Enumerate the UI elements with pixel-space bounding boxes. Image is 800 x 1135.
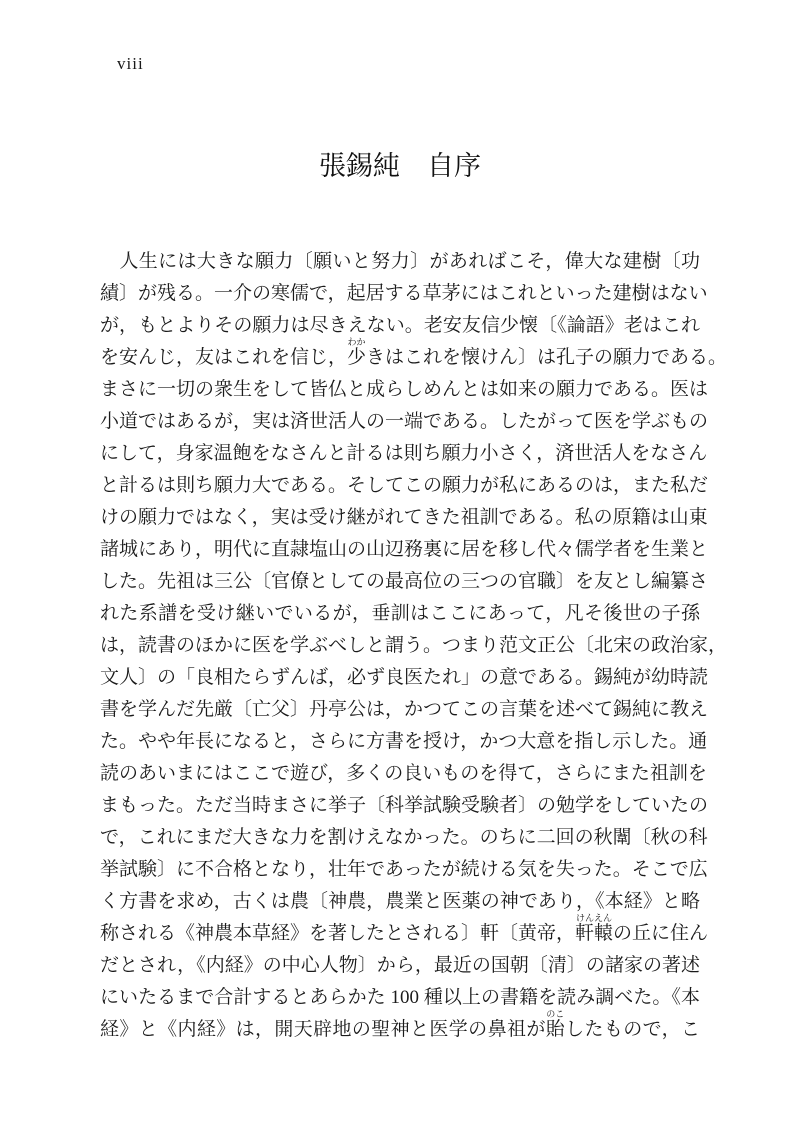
text-line: 挙試験〕に不合格となり，壮年であったが続ける気を失った。そこで広 [100,854,700,886]
body-text: 人生には大きな願力〔願いと努力〕があればこそ，偉大な建樹〔功績〕が残る。一介の寒… [100,246,700,1046]
book-page: viii 張錫純 自序 人生には大きな願力〔願いと努力〕があればこそ，偉大な建樹… [0,0,800,1135]
text-line: 人生には大きな願力〔願いと努力〕があればこそ，偉大な建樹〔功 [100,246,700,278]
text-line: にして，身家温飽をなさんと計るは則ち願力小さく，済世活人をなさん [100,438,700,470]
ruby-annotated-text: 軒轅けんえん [575,918,613,950]
text-line: で，これにまだ大きな力を割けえなかった。のちに二回の秋闈〔秋の科 [100,822,700,854]
text-line: は，読書のほかに医を学ぶべしと謂う。つまり范文正公〔北宋の政治家， [100,630,700,662]
text-line: 小道ではあるが，実は済世活人の一端である。したがって医を学ぶもの [100,406,700,438]
text-line: 諸城にあり，明代に直隷塩山の山辺務裏に居を移し代々儒学者を生業と [100,534,700,566]
text-line: 績〕が残る。一介の寒儒で，起居する草茅にはこれといった建樹はない [100,278,700,310]
text-line: が，もとよりその願力は尽きえない。老安友信少懐〔《論語》老はこれ [100,310,700,342]
text-line: を安んじ，友はこれを信じ，少わかきはこれを懐けん〕は孔子の願力である。 [100,342,700,374]
text-line: と計るは則ち願力大である。そしてこの願力が私にあるのは，また私だ [100,470,700,502]
text-line: にいたるまで合計するとあらかた 100 種以上の書籍を読み調べた。《本 [100,982,700,1014]
text-line: けの願力ではなく，実は受け継がれてきた祖訓である。私の原籍は山東 [100,502,700,534]
page-title: 張錫純 自序 [0,144,800,183]
ruby-text: のこ [546,1010,564,1019]
page-number: viii [117,54,144,74]
ruby-text: けんえん [576,914,612,923]
ruby-annotated-text: 貽のこ [546,1014,565,1046]
text-line: 経》と《内経》は，開天辟地の聖神と医学の鼻祖が貽のこしたもので，こ [100,1014,700,1046]
text-line: 書を学んだ先厳〔亡父〕丹亭公は，かつてこの言葉を述べて錫純に教え [100,694,700,726]
text-line: 文人〕の「良相たらずんば，必ず良医たれ」の意である。錫純が幼時読 [100,662,700,694]
text-line: まもった。ただ当時まさに挙子〔科挙試験受験者〕の勉学をしていたの [100,790,700,822]
ruby-text: わか [348,338,366,347]
text-line: した。先祖は三公〔官僚としての最高位の三つの官職〕を友とし編纂さ [100,566,700,598]
ruby-annotated-text: 少わか [347,342,366,374]
text-line: 称される《神農本草経》を著したとされる〕軒〔黄帝，軒轅けんえんの丘に住ん [100,918,700,950]
text-line: 読のあいまにはここで遊び，多くの良いものを得て，さらにまた祖訓を [100,758,700,790]
text-line: た。やや年長になると，さらに方書を授け，かつ大意を指し示した。通 [100,726,700,758]
text-line: まさに一切の衆生をして皆仏と成らしめんとは如来の願力である。医は [100,374,700,406]
text-line: だとされ，《内経》の中心人物〕から，最近の国朝〔清〕の諸家の著述 [100,950,700,982]
text-line: れた系譜を受け継いでいるが，垂訓はここにあって，凡そ後世の子孫 [100,598,700,630]
